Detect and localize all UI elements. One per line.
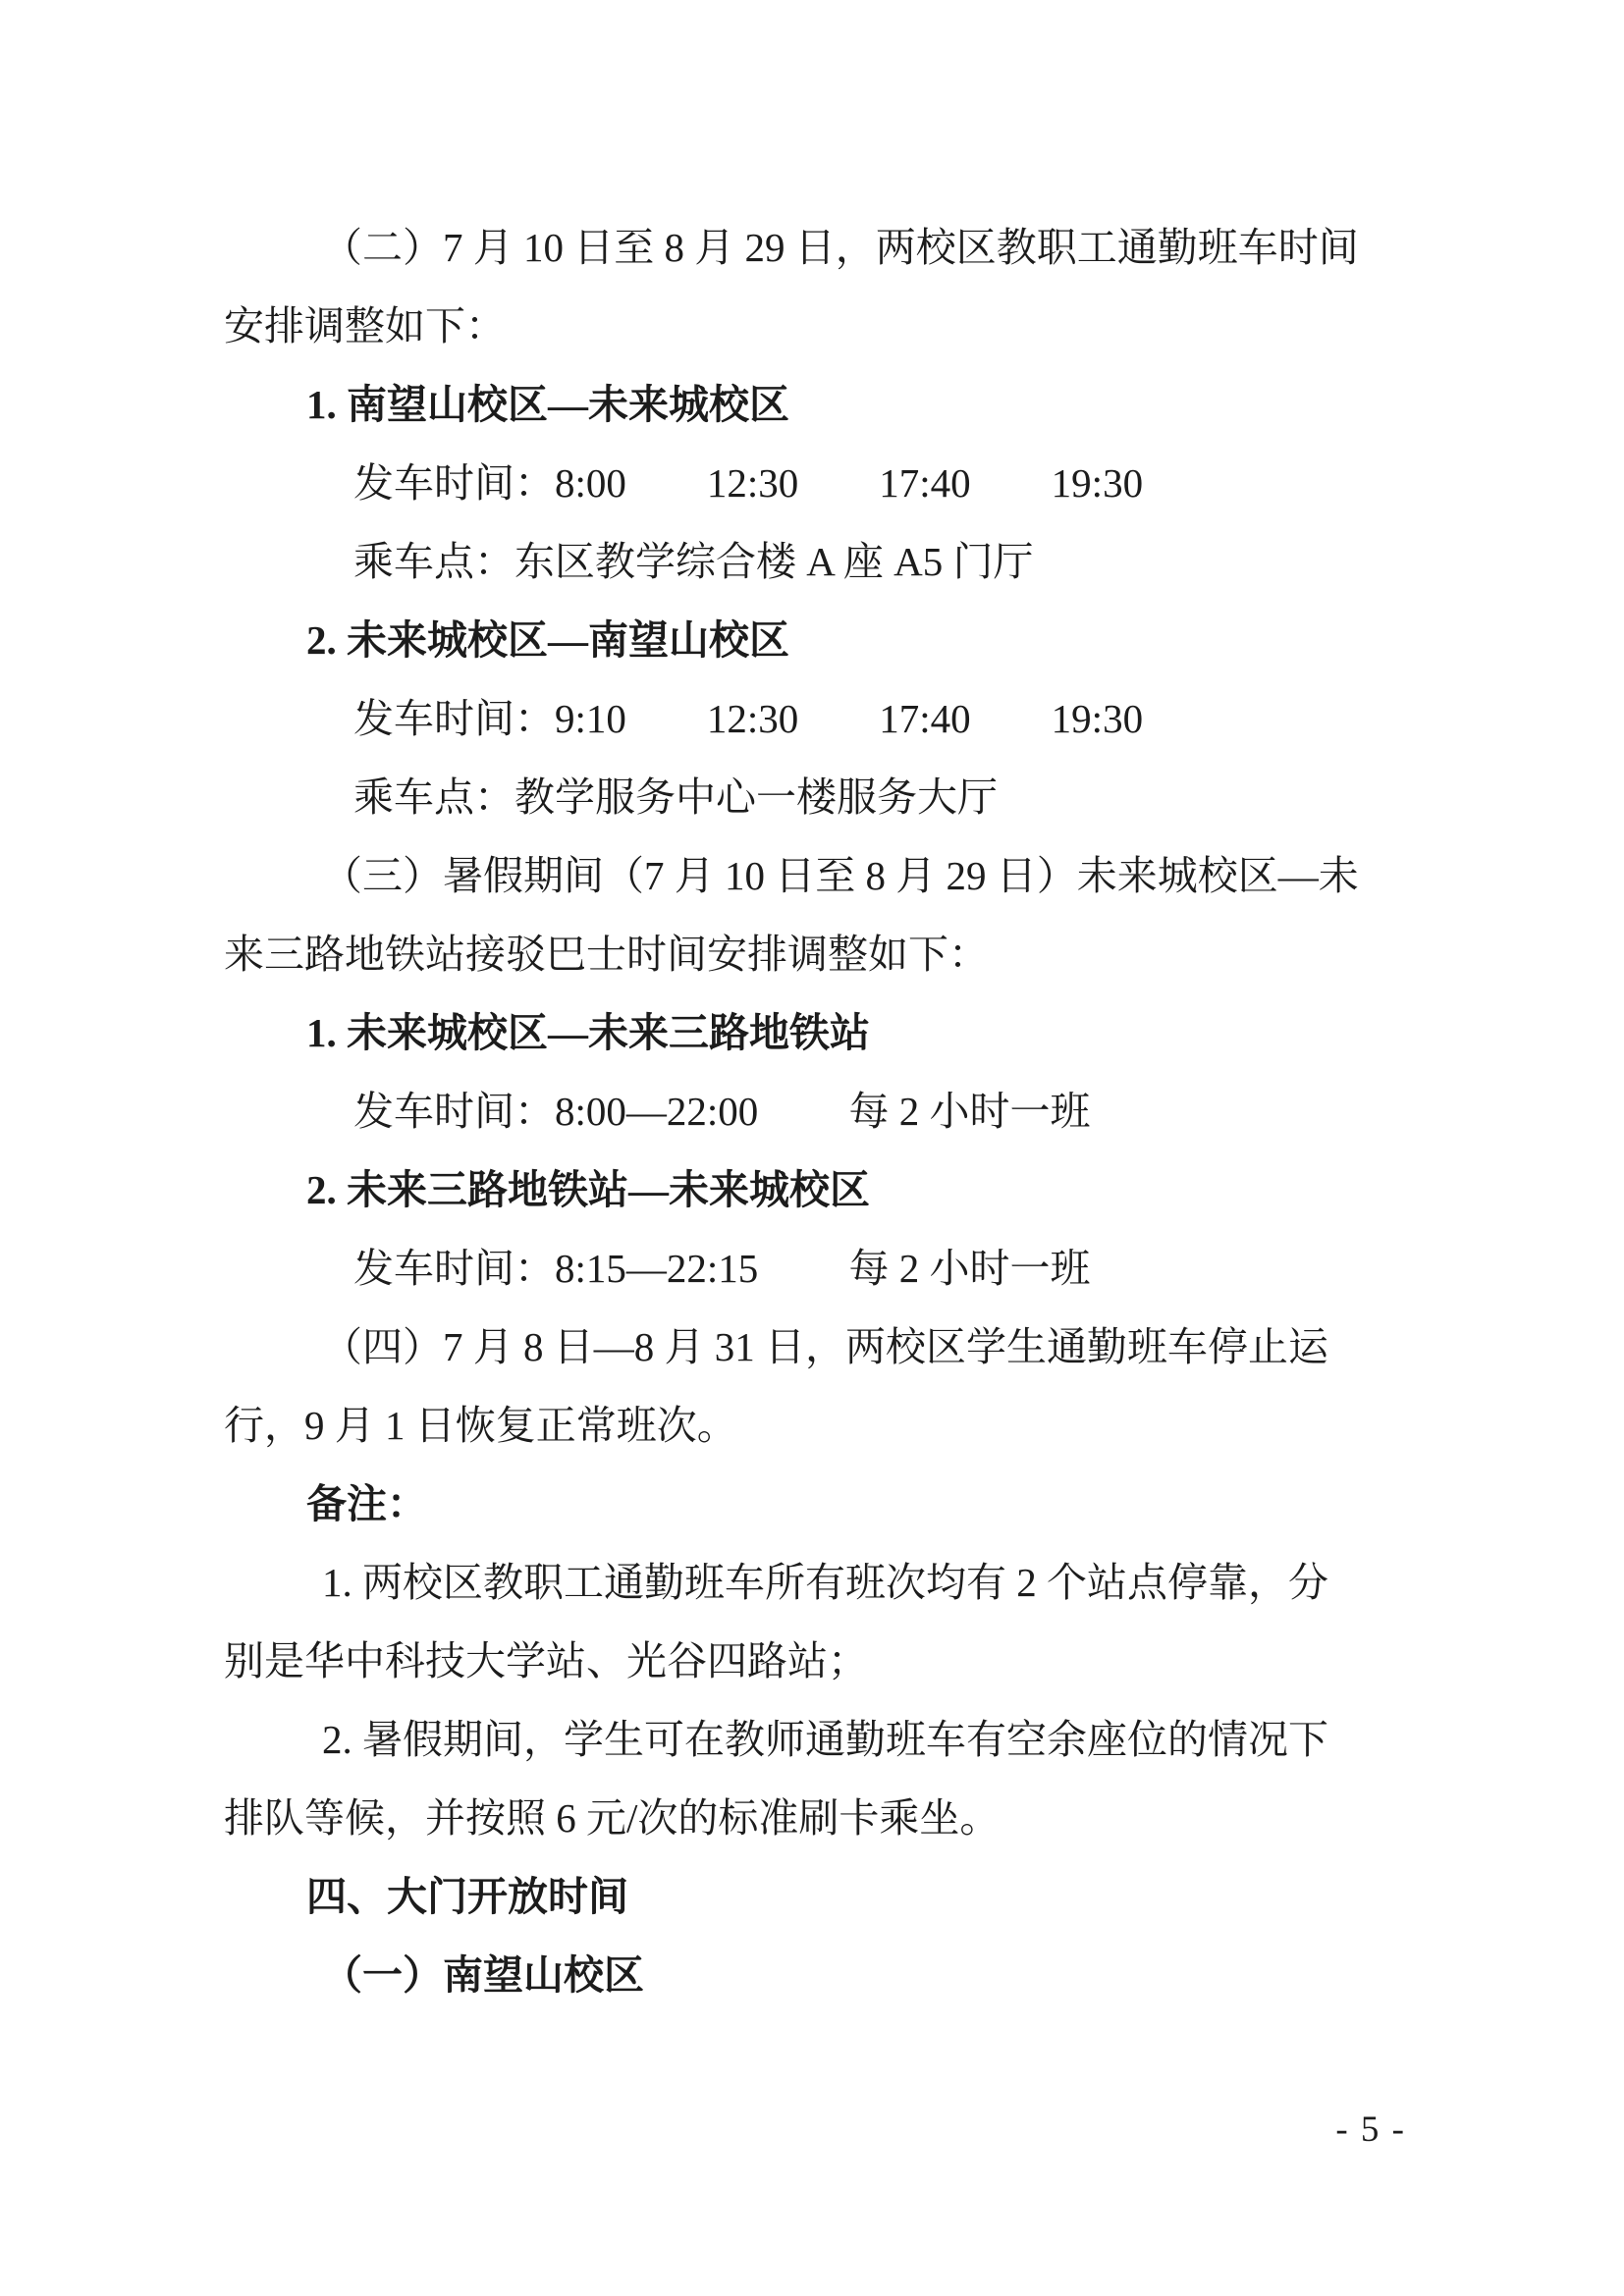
section3-intro-line2: 来三路地铁站接驳巴士时间安排调整如下： [224,915,1412,993]
section2-route1-boarding-point: 乘车点：东区教学综合楼 A 座 A5 门厅 [224,522,1412,601]
section3-route1-title: 1. 未来城校区—未来三路地铁站 [224,993,1412,1072]
page-number: - 5 - [1335,2109,1406,2152]
section2-intro-line1: （二）7 月 10 日至 8 月 29 日，两校区教职工通勤班车时间 [224,208,1412,287]
section5-subheading: （一）南望山校区 [224,1936,1412,2014]
note2-line2: 排队等候，并按照 6 元/次的标准刷卡乘坐。 [224,1779,1412,1857]
section5-heading: 四、大门开放时间 [224,1857,1412,1936]
section2-route2-title: 2. 未来城校区—南望山校区 [224,601,1412,679]
document-body: （二）7 月 10 日至 8 月 29 日，两校区教职工通勤班车时间 安排调整如… [224,208,1412,2014]
section4-line1: （四）7 月 8 日—8 月 31 日，两校区学生通勤班车停止运 [224,1308,1412,1386]
section3-route2-title: 2. 未来三路地铁站—未来城校区 [224,1150,1412,1229]
section3-route1-departure-times: 发车时间：8:00—22:00 每 2 小时一班 [224,1072,1412,1150]
document-page: （二）7 月 10 日至 8 月 29 日，两校区教职工通勤班车时间 安排调整如… [0,0,1624,2296]
notes-title: 备注： [224,1465,1412,1543]
section2-route2-departure-times: 发车时间：9:10 12:30 17:40 19:30 [224,679,1412,758]
note2-line1: 2. 暑假期间，学生可在教师通勤班车有空余座位的情况下 [224,1700,1412,1779]
section4-line2: 行，9 月 1 日恢复正常班次。 [224,1386,1412,1465]
section3-intro-line1: （三）暑假期间（7 月 10 日至 8 月 29 日）未来城校区—未 [224,836,1412,915]
note1-line1: 1. 两校区教职工通勤班车所有班次均有 2 个站点停靠，分 [224,1543,1412,1622]
section2-route1-departure-times: 发车时间：8:00 12:30 17:40 19:30 [224,444,1412,522]
section2-route1-title: 1. 南望山校区—未来城校区 [224,365,1412,444]
section2-intro-line2: 安排调整如下： [224,287,1412,365]
section2-route2-boarding-point: 乘车点：教学服务中心一楼服务大厅 [224,758,1412,836]
section3-route2-departure-times: 发车时间：8:15—22:15 每 2 小时一班 [224,1229,1412,1308]
note1-line2: 别是华中科技大学站、光谷四路站； [224,1622,1412,1700]
